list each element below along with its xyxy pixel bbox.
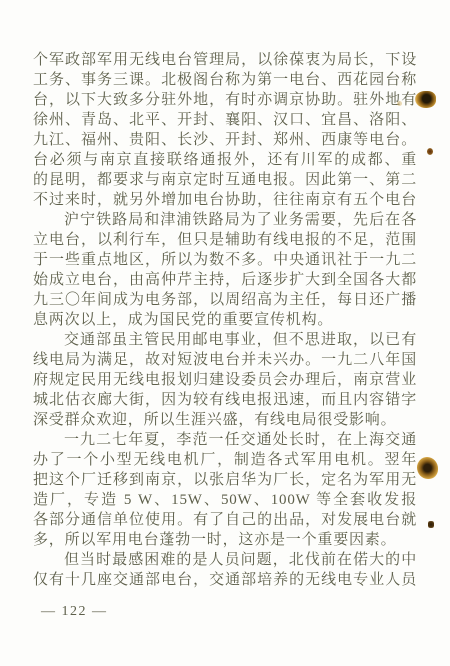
text-line: 立电台，以利行车，但只是辅助有线电报的不足，范围亦仅限 — [33, 230, 417, 250]
text-line: 交通部虽主管民用邮电事业，但不思进取，以已有各地有 — [33, 330, 417, 350]
text-line: 息两次以上，成为国民党的重要宣传机构。 — [33, 310, 417, 330]
foxing-dot-middle — [428, 521, 434, 528]
text-line: 台，以下大致多分驻外地，有时亦调京协助。驻外地有上海、 — [33, 90, 417, 110]
foxing-stain-large-middle — [417, 457, 438, 479]
text-line: 各部分通信单位使用。有了自己的出品，对发展电台就方便得 — [33, 510, 417, 530]
page-number: — 122 — — [41, 602, 108, 622]
foxing-dot-top — [427, 148, 433, 155]
text-line: 办了一个小型无线电机厂，制造各式军用电机。翌年春，邱炜 — [33, 450, 417, 470]
text-line: 造厂，专造 5 W、15W、50W、100W 等全套收发报机，以供 — [33, 490, 417, 510]
foxing-stain-large-top — [415, 91, 436, 108]
text-line: 九三〇年间成为电务部，以周绍高为主任，每日还广播新闻消 — [33, 290, 417, 310]
text-line: 深受群众欢迎，所以生涯兴盛，有线电局很受影响。 — [33, 410, 417, 430]
text-line: 线电局为满足，故对短波电台并未兴办。一九二八年国民党政 — [33, 350, 417, 370]
text-line: 始成立电台，由高仲芹主持，后逐步扩大到全国各大都市。一 — [33, 270, 417, 290]
text-line: 仅有十几座交通部电台，交通部培养的无线电专业人员只敷本 — [33, 570, 417, 590]
text-line: 个军政部军用无线电台管理局，以徐葆衷为局长，下设报务、 — [33, 50, 417, 70]
text-line: 沪宁铁路局和津浦铁路局为了业务需要，先后在各大站设 — [33, 210, 417, 230]
scanned-book-page: 个军政部军用无线电台管理局，以徐葆衷为局长，下设报务、工务、事务三课。北极阁台称… — [0, 0, 450, 666]
text-line: 一九二七年夏，李范一任交通处长时，在上海交通大学内 — [33, 430, 417, 450]
text-line: 多，所以军用电台蓬勃一时，这亦是一个重要因素。 — [33, 530, 417, 550]
text-line: 府规定民用无线电报划归建设委员会办理后，南京营业处设在 — [33, 370, 417, 390]
text-line: 工务、事务三课。北极阁台称为第一电台、西花园台称为第二电 — [33, 70, 417, 90]
text-line: 把这个厂迁移到南京，以张启华为厂长，定名为军用无线机修 — [33, 470, 417, 490]
text-line: 城北估衣廊大街，因为较有线电报迅速，而且内容错字亦少， — [33, 390, 417, 410]
text-line: 于一些重点地区，所以为数不多。中央通讯社于一九二八年开 — [33, 250, 417, 270]
text-block: 个军政部军用无线电台管理局，以徐葆衷为局长，下设报务、工务、事务三课。北极阁台称… — [33, 50, 417, 590]
text-line: 的昆明，都要求与南京定时互通电报。因此第一、第二两台忙 — [33, 170, 417, 190]
text-line: 但当时最感困难的是人员问题，北伐前在偌大的中国里， — [33, 550, 417, 570]
text-line: 不过来时，就另外增加电台协助，往往南京有五个电台工作。 — [33, 190, 417, 210]
text-line: 九江、福州、贵阳、长沙、开封、郑州、西康等电台。除这些 — [33, 130, 417, 150]
text-line: 台必须与南京直接联络通报外，还有川军的成都、重庆，滇军 — [33, 150, 417, 170]
text-line: 徐州、青岛、北平、开封、襄阳、汉口、宜昌、洛阳、南昌、 — [33, 110, 417, 130]
